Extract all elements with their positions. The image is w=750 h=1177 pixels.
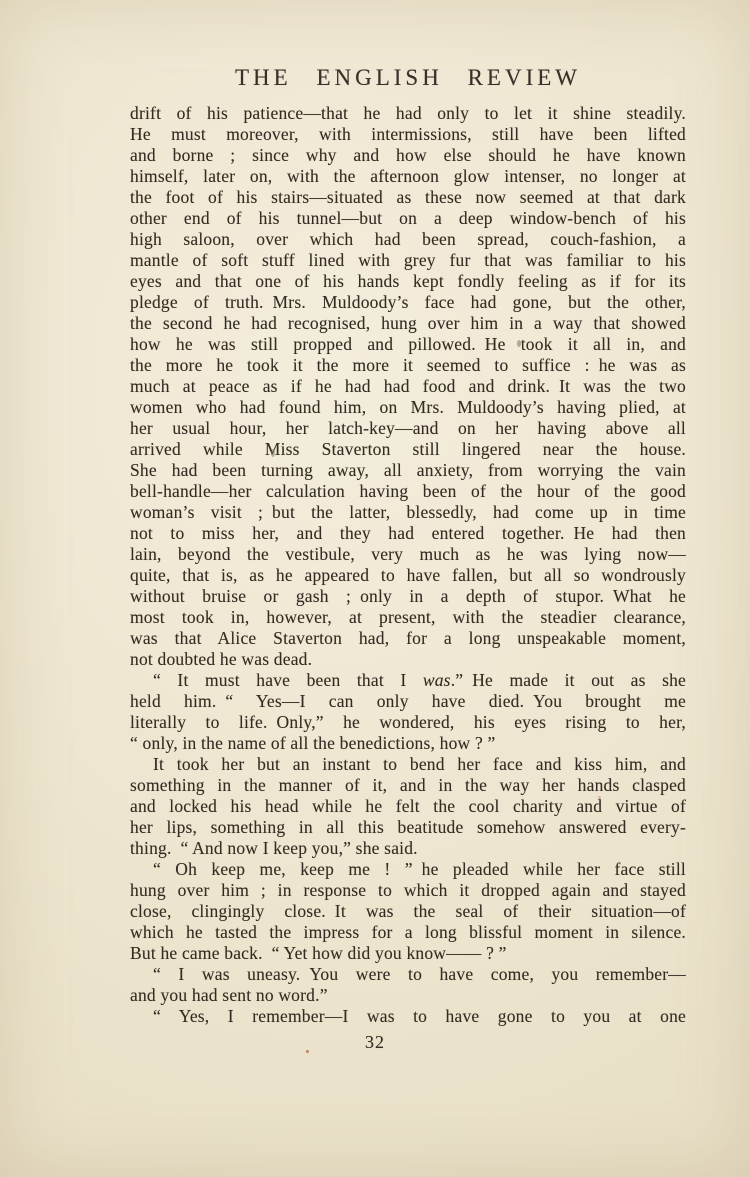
text-line: something in the manner of it, and in th… (130, 775, 686, 796)
text-line: He must moreover, with intermissions, st… (130, 124, 686, 145)
text-line: not doubted he was dead. (130, 649, 686, 670)
text-line: other end of his tunnel—but on a deep wi… (130, 208, 686, 229)
text-line: “ Yes, I remember—I was to have gone to … (130, 1006, 686, 1027)
text-line: her lips, something in all this beatitud… (130, 817, 686, 838)
text-line: much at peace as if he had had food and … (130, 376, 686, 397)
text-line: arrived while Miss Staverton still linge… (130, 439, 686, 460)
text-line: and locked his head while he felt the co… (130, 796, 686, 817)
text-line: close, clingingly close. It was the seal… (130, 901, 686, 922)
text-line: the more he took it the more it seemed t… (130, 355, 686, 376)
text-line: the foot of his stairs—situated as these… (130, 187, 686, 208)
text-line: lain, beyond the vestibule, very much as… (130, 544, 686, 565)
text-line: eyes and that one of his hands kept fond… (130, 271, 686, 292)
text-line: not to miss her, and they had entered to… (130, 523, 686, 544)
text-line: which he tasted the impress for a long b… (130, 922, 686, 943)
text-line: “ It must have been that I was.” He made… (130, 670, 686, 691)
text-line: held him. “ Yes—I can only have died. Yo… (130, 691, 686, 712)
text-line: was that Alice Staverton had, for a long… (130, 628, 686, 649)
text-line: drift of his patience—that he had only t… (130, 103, 686, 124)
text-line: mantle of soft stuff lined with grey fur… (130, 250, 686, 271)
text-line: woman’s visit ; but the latter, blessedl… (130, 502, 686, 523)
text-line: It took her but an instant to bend her f… (130, 754, 686, 775)
text-line: and borne ; since why and how else shoul… (130, 145, 686, 166)
text-line: “ I was uneasy. You were to have come, y… (130, 964, 686, 985)
text-line: thing. “ And now I keep you,” she said. (130, 838, 686, 859)
print-artifact (517, 340, 521, 347)
text-line: himself, later on, with the afternoon gl… (130, 166, 686, 187)
text-line: without bruise or gash ; only in a depth… (130, 586, 686, 607)
page-number: 32 (0, 1032, 750, 1053)
text-line: high saloon, over which had been spread,… (130, 229, 686, 250)
text-line: But he came back. “ Yet how did you know… (130, 943, 686, 964)
text-line: the second he had recognised, hung over … (130, 313, 686, 334)
print-artifact (306, 1050, 309, 1053)
text-line: “ Oh keep me, keep me ! ” he pleaded whi… (130, 859, 686, 880)
text-line: how he was still propped and pillowed. H… (130, 334, 686, 355)
text-line: most took in, however, at present, with … (130, 607, 686, 628)
text-line: literally to life. Only,” he wondered, h… (130, 712, 686, 733)
text-line: bell-handle—her calculation having been … (130, 481, 686, 502)
text-line: her usual hour, her latch-key—and on her… (130, 418, 686, 439)
text-column: drift of his patience—that he had only t… (130, 103, 686, 1027)
text-line: She had been turning away, all anxiety, … (130, 460, 686, 481)
print-artifact (598, 796, 601, 799)
text-line: quite, that is, as he appeared to have f… (130, 565, 686, 586)
journal-title: THE ENGLISH REVIEW (130, 64, 686, 91)
print-artifact (271, 449, 275, 457)
text-line: hung over him ; in response to which it … (130, 880, 686, 901)
book-page: THE ENGLISH REVIEW drift of his patience… (0, 0, 750, 1177)
text-line: and you had sent no word.” (130, 985, 686, 1006)
text-line: “ only, in the name of all the benedicti… (130, 733, 686, 754)
text-line: pledge of truth. Mrs. Muldoody’s face ha… (130, 292, 686, 313)
text-line: women who had found him, on Mrs. Muldood… (130, 397, 686, 418)
